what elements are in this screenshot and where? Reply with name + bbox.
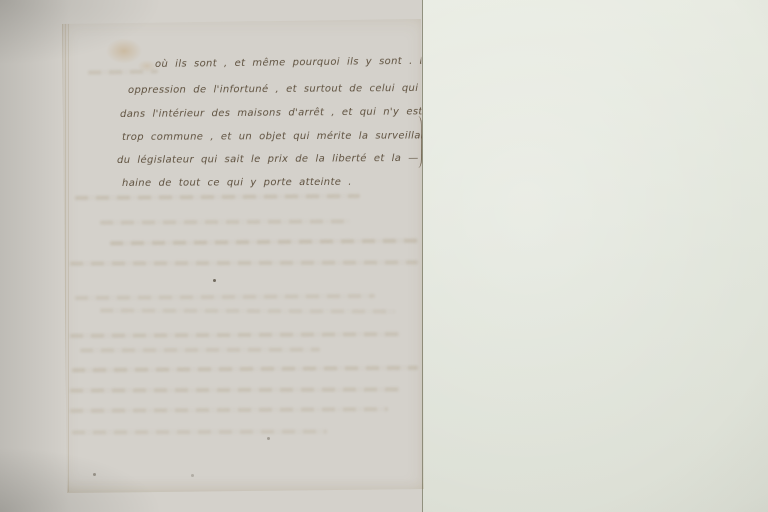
handwritten-line: où ils sont , et même pourquoi ils y son… (155, 55, 450, 70)
bleedthrough-ghost-line (75, 294, 375, 300)
ink-speck (191, 474, 194, 477)
bleedthrough-ghost-line (70, 407, 388, 413)
bleedthrough-ghost-line (100, 308, 395, 313)
bleedthrough-ghost-line (70, 332, 400, 338)
bleedthrough-ghost-line (70, 387, 400, 392)
handwritten-line: du législateur qui sait le prix de la li… (117, 153, 419, 166)
photo-backdrop: où ils sont , et même pourquoi ils y son… (0, 0, 768, 512)
bleedthrough-ghost-line (75, 194, 360, 200)
handwritten-line: haine de tout ce qui y porte atteinte . (122, 177, 352, 189)
bleedthrough-ghost-line (100, 219, 350, 224)
bleedthrough-ghost-line (72, 430, 327, 435)
handwritten-line: trop commune , et un objet qui mérite la… (122, 130, 440, 143)
bleedthrough-ghost-line (110, 239, 418, 246)
bleedthrough-ghost-line (70, 260, 418, 265)
margin-bracket-mark (414, 116, 422, 168)
ink-speck (213, 279, 216, 282)
ink-speck (93, 473, 96, 476)
bleedthrough-ghost-line (80, 348, 320, 353)
page-stack-edges (62, 22, 71, 492)
manuscript-page: où ils sont , et même pourquoi ils y son… (56, 14, 430, 498)
backing-sheet (422, 0, 768, 512)
ink-speck (267, 437, 270, 440)
bleedthrough-ghost-line (72, 366, 418, 372)
